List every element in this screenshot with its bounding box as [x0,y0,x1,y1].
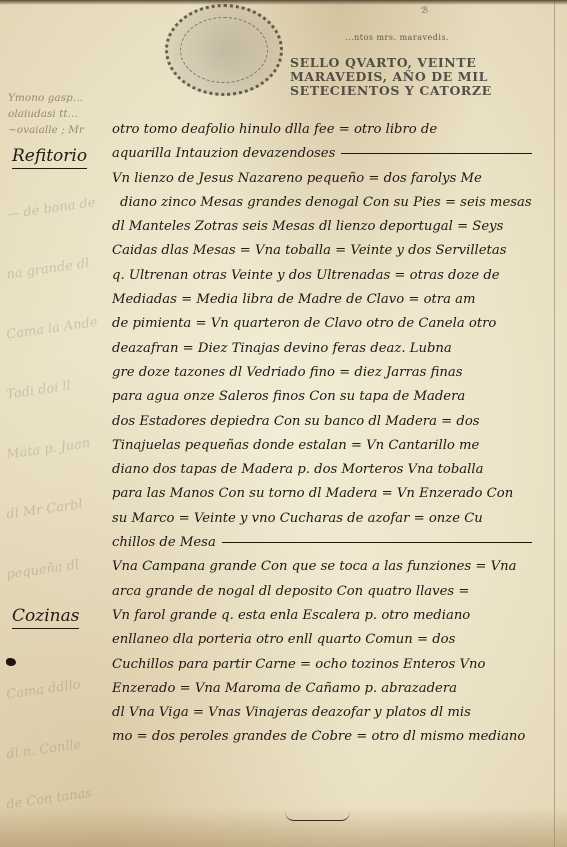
text-line: Tinajuelas pequeñas donde estalan = Vn C… [112,434,532,458]
text-line: su Marco = Veinte y vno Cucharas de azof… [112,507,532,531]
text-line: dl Vna Viga = Vnas Vinajeras deazofar y … [112,701,532,725]
stamp-value-text: ...ntos mrs. maravedis. [345,33,449,42]
bleed-through-text: Tadi doi ll [5,372,116,402]
text-line: enllaneo dla porteria otro enll quarto C… [112,628,532,652]
margin-note: olaiudasi tt… [8,108,108,120]
closing-flourish [285,812,350,821]
text-line: Caidas dlas Mesas = Vna toballa = Veinte… [112,239,532,263]
text-line: Vn lienzo de Jesus Nazareno pequeño = do… [112,167,532,191]
text-line: dos Estadores depiedra Con su banco dl M… [112,410,532,434]
text-line: aquarilla Intauzion devazendoses [112,142,532,166]
bleed-through-text: Cama ddllo [5,672,116,702]
stamped-paper-header: SELLO QVARTO, VEINTE MARAVEDIS, AÑO DE M… [290,56,560,98]
manuscript-page: — de bona de na grande dl Cama la Ande T… [0,0,567,847]
text-line: de pimienta = Vn quarteron de Clavo otro… [112,312,532,336]
ink-blot [6,658,16,666]
text-line: Enzerado = Vna Maroma de Cañamo p. abraz… [112,677,532,701]
text-line: dl Manteles Zotras seis Mesas dl lienzo … [112,215,532,239]
bleed-through-text: pequeña dl [5,552,116,582]
text-line: para agua onze Saleros finos Con su tapa… [112,385,532,409]
text-line: arca grande de nogal dl deposito Con qua… [112,580,532,604]
section-label-refitorio: Refitorio [12,146,87,166]
bleed-through-text: dl n. Conlle [5,732,116,762]
bleed-through-text: — de bona de [5,192,116,222]
text-line: q. Ultrenan otras Veinte y dos Ultrenada… [112,264,532,288]
page-top-edge [0,0,567,5]
section-label-cozinas: Cozinas [12,606,79,626]
seal-inner-ring [180,17,268,83]
text-line: Vna Campana grande Con que se toca a las… [112,555,532,579]
stamp-header-line: SETECIENTOS Y CATORZE [290,84,560,98]
top-mark: ℬ [421,6,428,16]
text-line: Vn farol grande q. esta enla Escalera p.… [112,604,532,628]
text-line: gre doze tazones dl Vedriado fino = diez… [112,361,532,385]
text-line: Mediadas = Media libra de Madre de Clavo… [112,288,532,312]
bleed-through-text: Cama la Ande [5,312,116,342]
text-line: diano zinco Mesas grandes denogal Con su… [112,191,532,215]
stamp-header-line: SELLO QVARTO, VEINTE [290,56,560,70]
water-stain [0,807,567,847]
text-line: deazafran = Diez Tinajas devino feras de… [112,337,532,361]
manuscript-body: otro tomo deafolio hinulo dlla fee = otr… [112,118,532,750]
stamp-header-line: MARAVEDIS, AÑO DE MIL [290,70,560,84]
margin-note: ~ovaialle ; Mr [8,124,108,136]
bleed-through-text: Mata p. Juan [5,432,116,462]
text-line: otro tomo deafolio hinulo dlla fee = otr… [112,118,532,142]
page-fold-line [554,0,555,847]
royal-seal-stamp [165,4,283,96]
text-line: chillos de Mesa [112,531,532,555]
text-line: diano dos tapas de Madera p. dos Mortero… [112,458,532,482]
text-line: Cuchillos para partir Carne = ocho tozin… [112,653,532,677]
bleed-through-text: dl Mr Carbl [5,492,116,522]
margin-note: Ymono gasp… [8,92,108,104]
text-line: mo = dos peroles grandes de Cobre = otro… [112,725,532,749]
text-line: para las Manos Con su torno dl Madera = … [112,482,532,506]
bleed-through-text: na grande dl [5,252,116,282]
